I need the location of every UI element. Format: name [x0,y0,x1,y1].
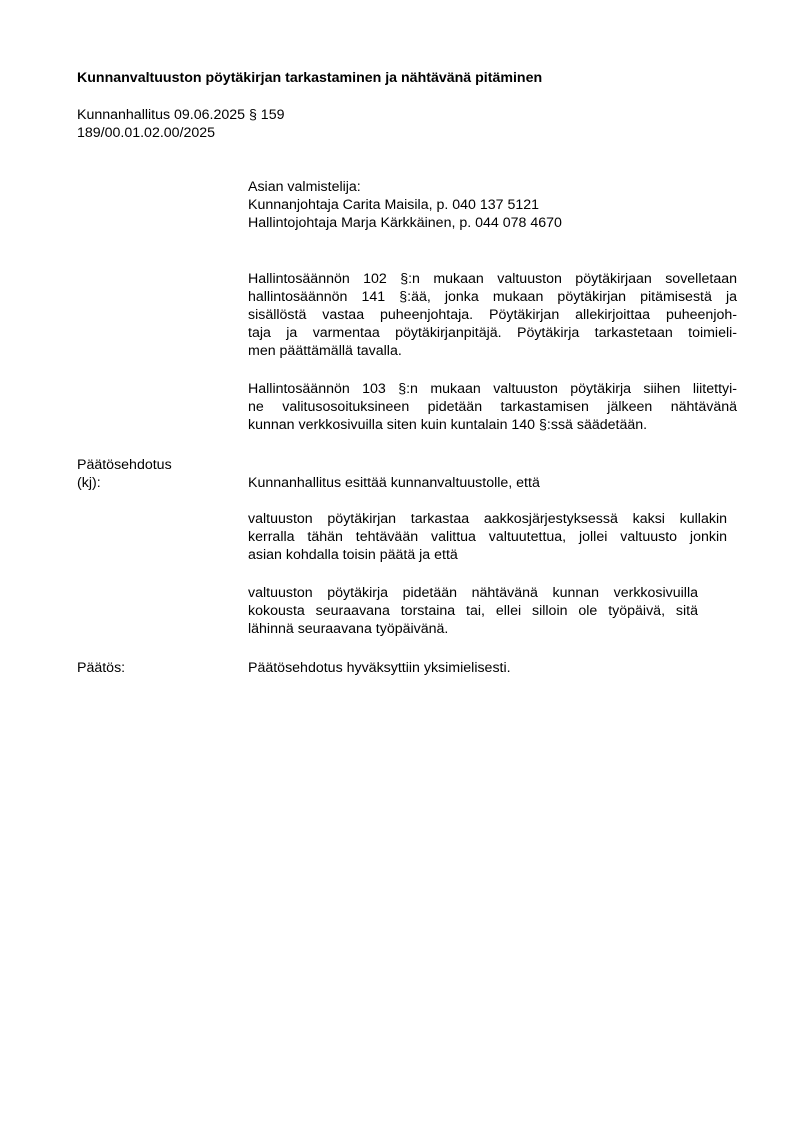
document-page: Kunnanvaltuuston pöytäkirjan tarkastamin… [0,0,794,1122]
paragraph-line: Hallintosäännön 103 §:n mukaan valtuusto… [248,380,737,398]
paragraph-line: kunnan verkkosivuilla siten kuin kuntala… [248,416,737,434]
meeting-meta: Kunnanhallitus 09.06.2025 § 159 189/00.0… [77,106,284,142]
document-title: Kunnanvaltuuston pöytäkirjan tarkastamin… [77,69,542,87]
background-paragraph-1: Hallintosäännön 102 §:n mukaan valtuusto… [248,270,737,360]
paragraph-line: asian kohdalla toisin päätä ja että [248,546,727,564]
proposal-item-1: valtuuston pöytäkirjan tarkastaa aakkosj… [248,510,727,564]
decision-block: Päätösehdotus hyväksyttiin yksimielisest… [248,659,748,677]
paragraph-line: lähinnä seuraavana työpäivänä. [248,620,698,638]
preparers-heading: Asian valmistelija: [248,178,748,196]
paragraph-line: taja ja varmentaa pöytäkirjanpitäjä. Pöy… [248,324,737,342]
paragraph-line: hallintosäännön 141 §:ää, jonka mukaan p… [248,288,737,306]
proposal-label-line-1: Päätösehdotus [77,456,172,474]
paragraph-line: sisällöstä vastaa puheenjohtaja. Pöytäki… [248,306,737,324]
proposal-label-line-2: (kj): [77,474,101,492]
paragraph-line: Hallintosäännön 102 §:n mukaan valtuusto… [248,270,737,288]
record-number: 189/00.01.02.00/2025 [77,124,284,142]
proposal-item-2: valtuuston pöytäkirja pidetään nähtävänä… [248,584,698,638]
proposal-intro-text: Kunnanhallitus esittää kunnanvaltuustoll… [248,474,748,492]
paragraph-line: valtuuston pöytäkirja pidetään nähtävänä… [248,584,698,602]
decision-label: Päätös: [77,659,125,677]
preparers-block: Asian valmistelija: Kunnanjohtaja Carita… [248,178,748,232]
decision-text: Päätösehdotus hyväksyttiin yksimielisest… [248,659,748,677]
background-paragraph-2: Hallintosäännön 103 §:n mukaan valtuusto… [248,380,737,434]
paragraph-line: kokousta seuraavana torstaina tai, ellei… [248,602,698,620]
paragraph-line: men päättämällä tavalla. [248,342,737,360]
proposal-intro: Kunnanhallitus esittää kunnanvaltuustoll… [248,474,748,492]
meeting-reference: Kunnanhallitus 09.06.2025 § 159 [77,106,284,124]
preparer-line: Hallintojohtaja Marja Kärkkäinen, p. 044… [248,214,748,232]
paragraph-line: valtuuston pöytäkirjan tarkastaa aakkosj… [248,510,727,528]
paragraph-line: ne valitusosoituksineen pidetään tarkast… [248,398,737,416]
paragraph-line: kerralla tähän tehtävään valittua valtuu… [248,528,727,546]
preparer-line: Kunnanjohtaja Carita Maisila, p. 040 137… [248,196,748,214]
